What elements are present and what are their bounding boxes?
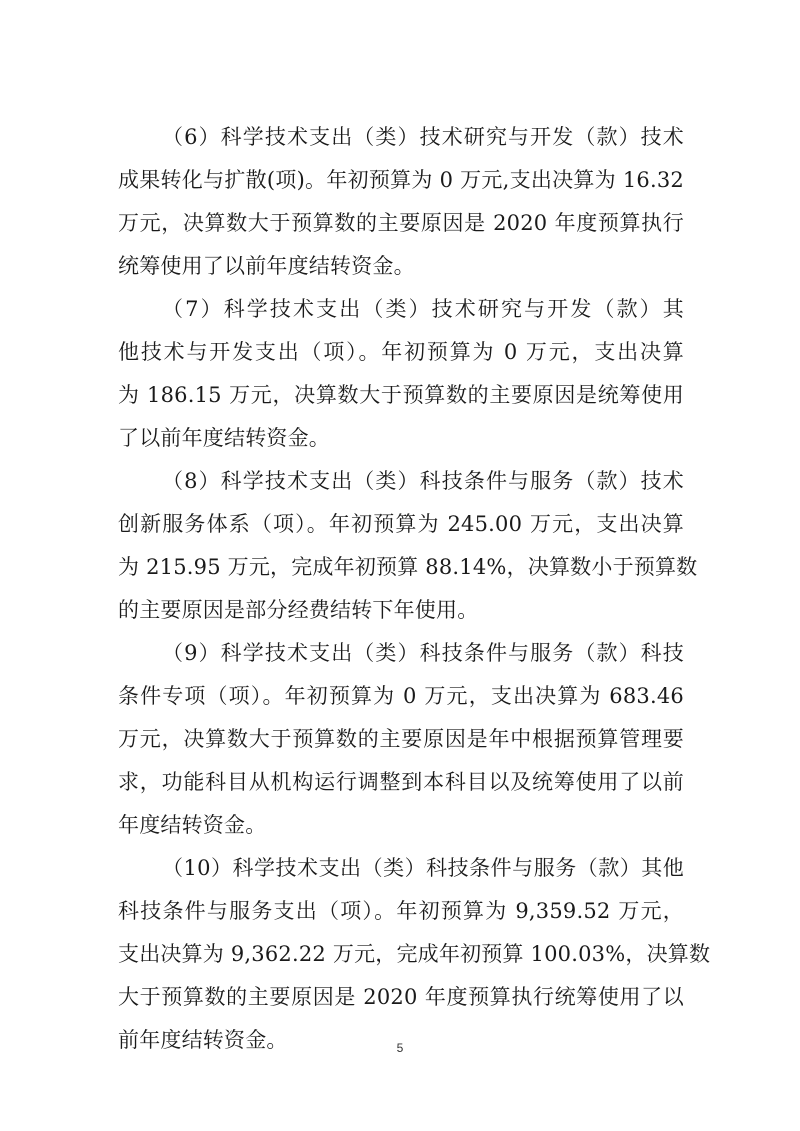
- paragraph-7-line-1: （7）科学技术支出（类）技术研究与开发（款）其: [162, 289, 684, 329]
- document-page: （6）科学技术支出（类）技术研究与开发（款）技术 成果转化与扩散(项)。年初预算…: [0, 0, 800, 1131]
- paragraph-8-line-1: （8）科学技术支出（类）科技条件与服务（款）技术: [162, 461, 684, 501]
- paragraph-6-line-3: 万元，决算数大于预算数的主要原因是 2020 年度预算执行: [118, 203, 684, 243]
- paragraph-10-line-4: 大于预算数的主要原因是 2020 年度预算执行统筹使用了以: [118, 977, 684, 1017]
- paragraph-8-line-3: 为 215.95 万元，完成年初预算 88.14%，决算数小于预算数: [118, 547, 684, 587]
- paragraph-8-line-2: 创新服务体系（项）。年初预算为 245.00 万元，支出决算: [118, 504, 684, 544]
- paragraph-6-line-2: 成果转化与扩散(项)。年初预算为 0 万元,支出决算为 16.32: [118, 160, 684, 200]
- paragraph-7-line-2: 他技术与开发支出（项）。年初预算为 0 万元，支出决算: [118, 332, 684, 372]
- paragraph-10-line-3: 支出决算为 9,362.22 万元，完成年初预算 100.03%，决算数: [118, 934, 684, 974]
- page-number: 5: [0, 1041, 800, 1055]
- paragraph-10-line-1: （10）科学技术支出（类）科技条件与服务（款）其他: [162, 848, 684, 888]
- paragraph-9-line-2: 条件专项（项）。年初预算为 0 万元，支出决算为 683.46: [118, 676, 684, 716]
- paragraph-9-line-5: 年度结转资金。: [118, 805, 684, 845]
- paragraph-7-line-4: 了以前年度结转资金。: [118, 418, 684, 458]
- paragraph-8-line-4: 的主要原因是部分经费结转下年使用。: [118, 590, 684, 630]
- paragraph-9-line-3: 万元，决算数大于预算数的主要原因是年中根据预算管理要: [118, 719, 684, 759]
- paragraph-9-line-1: （9）科学技术支出（类）科技条件与服务（款）科技: [162, 633, 684, 673]
- paragraph-9-line-4: 求，功能科目从机构运行调整到本科目以及统筹使用了以前: [118, 762, 684, 802]
- paragraph-7-line-3: 为 186.15 万元，决算数大于预算数的主要原因是统筹使用: [118, 375, 684, 415]
- paragraph-6-line-1: （6）科学技术支出（类）技术研究与开发（款）技术: [162, 117, 684, 157]
- paragraph-6-line-4: 统筹使用了以前年度结转资金。: [118, 246, 684, 286]
- paragraph-10-line-2: 科技条件与服务支出（项）。年初预算为 9,359.52 万元，: [118, 891, 684, 931]
